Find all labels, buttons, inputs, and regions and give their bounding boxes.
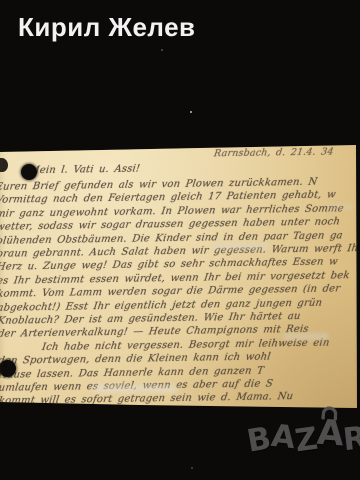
handwriting-line: kommt. Vom Lamm werden sogar die Därme g… [0,283,360,301]
dust-speck [190,111,192,113]
bazar-watermark: BAZAR [247,424,360,454]
eraser-smudge [92,385,178,393]
handwriting-line: wetter, sodass wir sogar draussen gegess… [0,216,360,234]
handwriting-line-text: abgekocht!) Esst Ihr eigentlich jetzt de… [0,297,323,314]
eraser-smudge [283,333,329,340]
handwriting-line: es Ihr bestimmt essen würdet, wenn Ihr b… [0,270,360,288]
handwriting-line: mir ganz ungewohnt vorkam. In Plowen war… [0,203,360,221]
handwriting-line-text: kommt. Vom Lamm werden sogar die Därme g… [0,283,341,300]
handwriting-line: Euren Brief gefunden als wir von Plowen … [0,176,360,194]
handwriting-line: der Arterienverkalkung! — Heute Champign… [0,323,360,341]
handwriting-line: den Sportwagen, denn die Kleinen kann ic… [0,350,360,368]
handwriting-line: blühenden Obstbäumen. Die Kinder sind in… [0,229,360,247]
handwriting-line-text: es Ihr bestimmt essen würdet, wenn Ihr b… [0,270,350,288]
handwriting-line-text: der Arterienverkalkung! — Heute Champign… [0,324,309,341]
handwriting-line: Herz u. Zunge weg! Das gibt so sehr schm… [0,256,360,274]
handwriting-line: Hause lassen. Das Hannerle kann den ganz… [0,363,360,381]
handwriting-line-text: Herz u. Zunge weg! Das gibt so sehr schm… [0,257,339,274]
handwriting-line: abgekocht!) Esst Ihr eigentlich jetzt de… [0,296,360,314]
handwriting-line: umlaufen wenn es soviel, wenn es aber au… [0,377,360,395]
letter-salutation-text: Mein l. Vati u. Assi! [28,163,141,177]
handwriting-line: kommt will es sofort getragen sein wie d… [0,390,360,408]
handwriting-block: Rarnsbach, d. 21.4. 34 Mein l. Vati u. A… [0,0,360,480]
handwriting-line-text: Euren Brief gefunden als wir von Plowen … [0,177,318,194]
dust-speck [191,467,193,469]
eraser-smudge [328,204,354,210]
handwriting-line-text: Vormittag nach den Feiertagen gleich 17 … [0,190,337,207]
handwriting-line: Knoblauch? Der ist am gesündesten. Wie I… [0,310,360,328]
postcard-paper: Rarnsbach, d. 21.4. 34 Mein l. Vati u. A… [0,0,360,480]
ink-blot [0,158,8,172]
handwriting-line-text: Hause lassen. Das Hannerle kann den ganz… [0,365,265,381]
dust-speck [161,49,163,51]
bazar-letter: A [316,416,345,451]
handwriting-line-text: blühenden Obstbäumen. Die Kinder sind in… [0,230,343,247]
handwriting-line: Vormittag nach den Feiertagen gleich 17 … [0,189,360,207]
eraser-smudge [212,243,270,250]
letter-date-text: Rarnsbach, d. 21.4. 34 [213,146,334,160]
handwriting-line-text: mir ganz ungewohnt vorkam. In Plowen war… [0,203,345,220]
handwriting-line: Ich habe nicht vergessen. Besorgt mir le… [0,336,360,355]
punch-hole [21,164,37,180]
bag-handle-icon [321,406,338,421]
listing-photo: Кирил Желев Rarnsbach, d. 21.4. 34 Mein … [0,0,360,480]
letter-date: Rarnsbach, d. 21.4. 34 [0,146,360,164]
handwriting-line-text: Knoblauch? Der ist am gesündesten. Wie I… [0,311,301,328]
handwriting-line-text: wetter, sodass wir sogar draussen gegess… [0,216,341,233]
handwriting-line-text: braun gebrannt. Auch Salat haben wir geg… [0,243,359,261]
page-title: Кирил Желев [18,12,196,43]
handwriting-line-text: Ich habe nicht vergessen. Besorgt mir le… [41,337,330,354]
handwriting-line-text: umlaufen wenn es soviel, wenn es aber au… [0,378,274,394]
punch-hole [0,360,16,377]
handwriting-line-text: kommt will es sofort getragen sein wie d… [0,391,294,408]
handwriting-line-text: den Sportwagen, denn die Kleinen kann ic… [0,352,271,368]
handwriting-line: braun gebrannt. Auch Salat haben wir geg… [0,243,360,261]
letter-body: Euren Brief gefunden als wir von Plowen … [0,0,360,1]
letter-salutation: Mein l. Vati u. Assi! [0,159,360,177]
bazar-letter: R [342,423,360,455]
